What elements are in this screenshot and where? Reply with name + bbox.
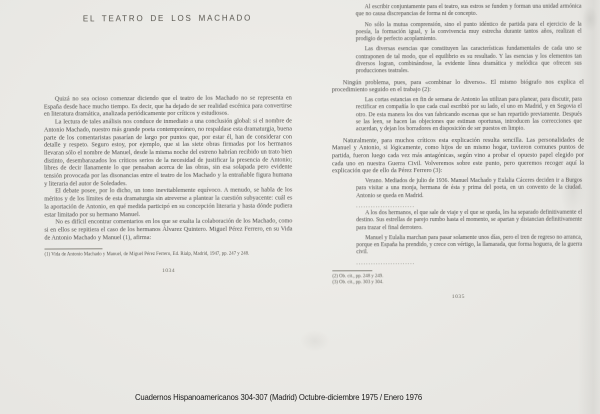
- left-page-body: Quizá no sea ocioso comenzar diciendo qu…: [44, 94, 293, 241]
- block-quote: A los dos hermanos, el que sale de viaje…: [356, 210, 582, 232]
- block-quote: No sólo la mutua comprensión, sino el pu…: [356, 21, 582, 43]
- left-page: EL TEATRO DE LOS MACHADO Quizá no sea oc…: [43, 5, 292, 274]
- paragraph: El debate posee, por lo dicho, un tono i…: [44, 187, 292, 219]
- paragraph: Ningún problema, pues, para «combinar lo…: [332, 78, 584, 94]
- block-quote: Manuel y Eulalia marchan para pasar sola…: [356, 235, 582, 257]
- footnote-divider: [332, 270, 372, 271]
- paragraph: No es difícil encontrar comentarios en l…: [44, 218, 292, 242]
- paragraph: La lectura de tales análisis nos conduce…: [44, 118, 292, 188]
- footnote-divider: [44, 249, 102, 250]
- scan-artifact: [300, 330, 330, 352]
- paragraph: Naturalmente, para muchos críticos esta …: [332, 136, 584, 175]
- block-quote: Al escribir conjuntamente para el teatro…: [356, 4, 582, 19]
- page-number-right: 1035: [332, 294, 584, 301]
- ellipsis-row: ........................: [356, 203, 582, 210]
- archive-citation-caption: Cuadernos Hispanoamericanos 304-307 (Mad…: [135, 392, 495, 402]
- ellipsis-row: ........................: [356, 259, 582, 266]
- block-quote: Verano. Mediados de julio de 1936. Manue…: [356, 178, 582, 200]
- block-quote: Las cortas estancias en fin de semana de…: [356, 97, 582, 134]
- footnote: (1) Vida de Antonio Machado y Manuel, de…: [44, 252, 292, 259]
- scanned-spread: EL TEATRO DE LOS MACHADO Quizá no sea oc…: [0, 0, 600, 414]
- right-page: Al escribir conjuntamente para el teatro…: [332, 4, 585, 301]
- article-title: EL TEATRO DE LOS MACHADO: [43, 13, 291, 23]
- footnote: (3) Ob. cit., pp. 303 y 304.: [332, 280, 584, 287]
- paragraph: Quizá no sea ocioso comenzar diciendo qu…: [44, 94, 292, 118]
- page-number-left: 1034: [45, 268, 293, 275]
- block-quote: Las diversas esencias que constituyen la…: [356, 46, 582, 76]
